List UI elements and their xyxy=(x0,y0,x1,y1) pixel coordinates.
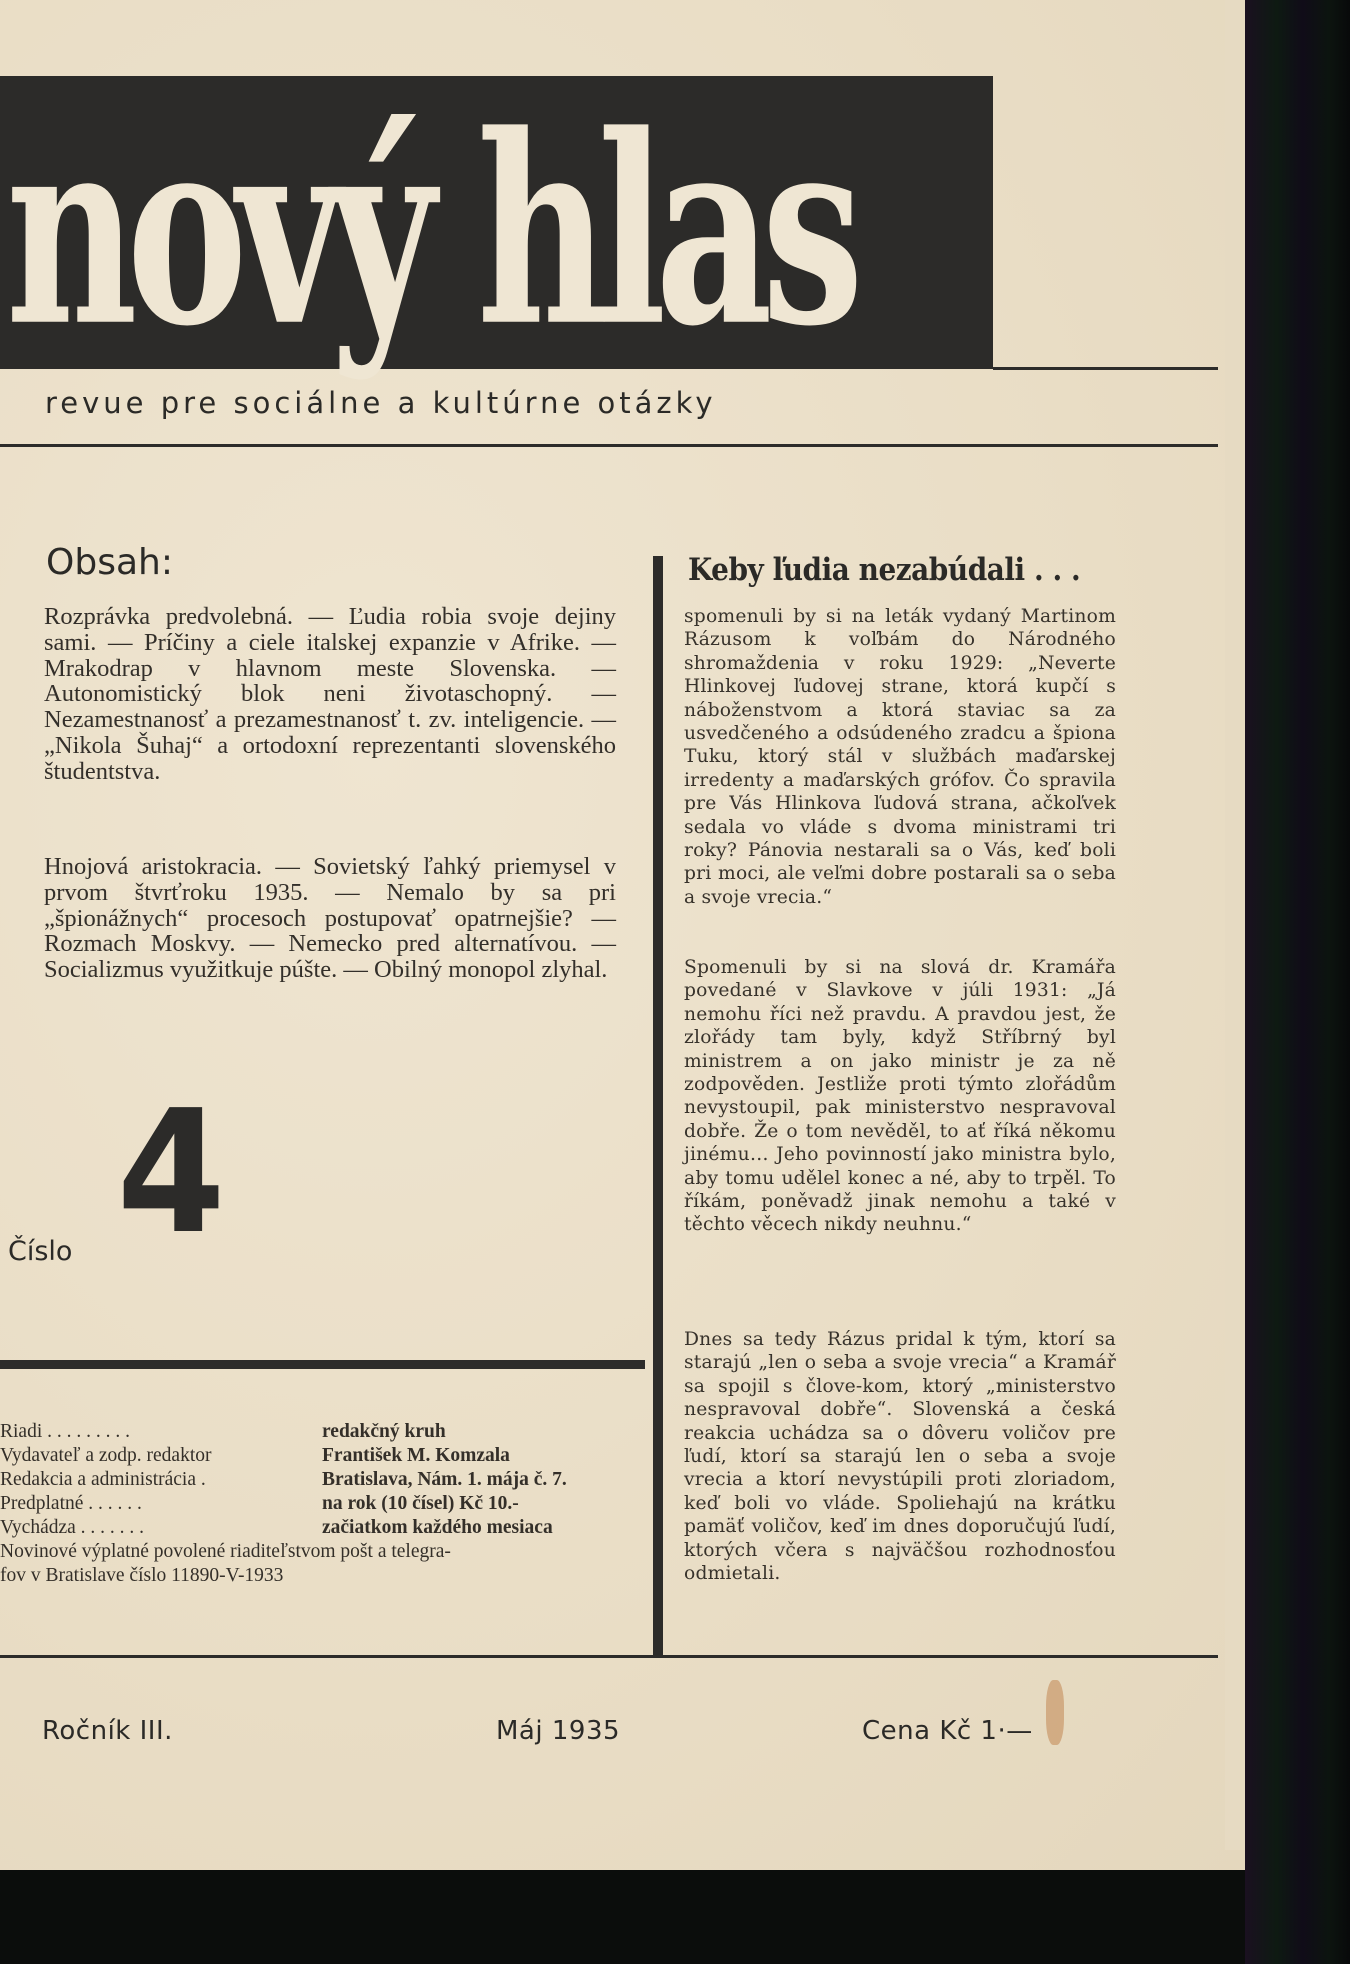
contents-paragraph-1: Rozprávka predvolebná. — Ľudia robia svo… xyxy=(44,604,616,785)
paper-stain xyxy=(1046,1680,1064,1745)
price-label: Cena Kč 1·— xyxy=(862,1716,1033,1746)
imprint-label: Predplatné . . . . . . xyxy=(0,1492,322,1516)
imprint-label: Redakcia a administrácia . xyxy=(0,1468,322,1492)
imprint-row: Redakcia a administrácia . Bratislava, N… xyxy=(0,1468,640,1492)
imprint-value: na rok (10 čísel) Kč 10.- xyxy=(322,1492,519,1516)
scan-background xyxy=(1245,0,1350,1964)
masthead-banner: nový hlas xyxy=(0,76,993,369)
contents-heading: Obsah: xyxy=(46,542,173,583)
imprint-value: Bratislava, Nám. 1. mája č. 7. xyxy=(322,1468,567,1492)
imprint-divider xyxy=(0,1360,645,1369)
column-divider xyxy=(653,556,663,1658)
imprint-row: Predplatné . . . . . . na rok (10 čísel)… xyxy=(0,1492,640,1516)
imprint-block: Riadi . . . . . . . . . redakčný kruh Vy… xyxy=(0,1420,640,1588)
issue-label: Číslo xyxy=(8,1236,72,1267)
postal-note-line-1: Novinové výplatné povolené riaditeľstvom… xyxy=(0,1540,640,1564)
imprint-value: František M. Komzala xyxy=(322,1444,510,1468)
volume-label: Ročník III. xyxy=(42,1716,173,1746)
article-paragraph-3: Dnes sa tedy Rázus pridal k tým, ktorí s… xyxy=(684,1328,1116,1585)
imprint-row: Vydavateľ a zodp. redaktor František M. … xyxy=(0,1444,640,1468)
masthead-rule xyxy=(993,367,1218,370)
page-edge xyxy=(1225,0,1245,1850)
masthead-title: nový hlas xyxy=(6,101,853,361)
footer-divider xyxy=(0,1655,1218,1658)
imprint-row: Riadi . . . . . . . . . redakčný kruh xyxy=(0,1420,640,1444)
header-divider xyxy=(0,444,1218,447)
masthead-subtitle: revue pre sociálne a kultúrne otázky xyxy=(45,386,717,420)
magazine-cover: nový hlas revue pre sociálne a kultúrne … xyxy=(0,0,1245,1870)
imprint-value: začiatkom každého mesiaca xyxy=(322,1516,553,1540)
article-paragraph-1: spomenuli by si na leták vydaný Martinom… xyxy=(684,605,1116,909)
issue-number: 4 xyxy=(117,1088,226,1258)
postal-note-line-2: fov v Bratislave číslo 11890-V-1933 xyxy=(0,1564,640,1588)
imprint-row: Vychádza . . . . . . . začiatkom každého… xyxy=(0,1516,640,1540)
article-paragraph-2: Spomenuli by si na slová dr. Kramářa pov… xyxy=(684,956,1116,1237)
imprint-label: Vydavateľ a zodp. redaktor xyxy=(0,1444,322,1468)
contents-paragraph-2: Hnojová aristokracia. — Sovietský ľahký … xyxy=(44,854,616,983)
article-title: Keby ľudia nezabúdali . . . xyxy=(688,552,1080,588)
imprint-value: redakčný kruh xyxy=(322,1420,446,1444)
issue-date: Máj 1935 xyxy=(496,1716,620,1746)
imprint-label: Riadi . . . . . . . . . xyxy=(0,1420,322,1444)
imprint-label: Vychádza . . . . . . . xyxy=(0,1516,322,1540)
